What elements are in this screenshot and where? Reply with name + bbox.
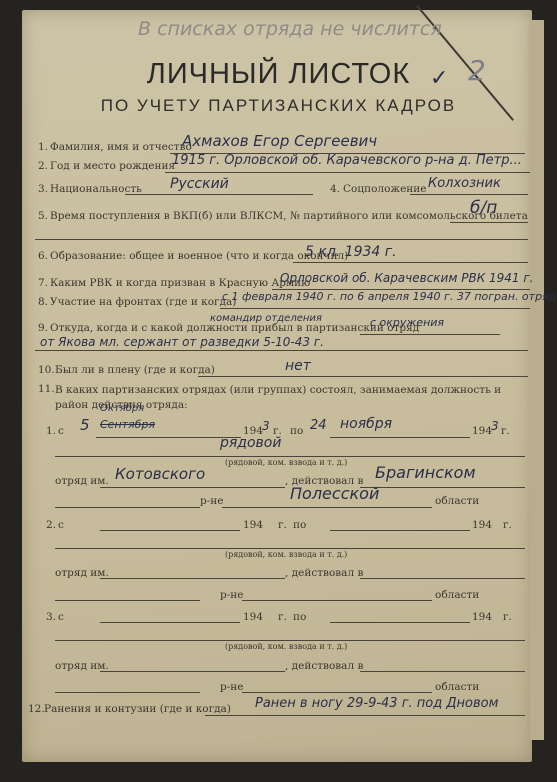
page-subtitle: ПО УЧЕТУ ПАРТИЗАНСКИХ КАДРОВ [0,96,557,116]
field-value: Ранен в ногу 29-9-43 г. под Дновом [255,696,498,711]
page-title: ЛИЧНЫЙ ЛИСТОК [0,58,557,91]
field-label: Каким РВК и когда призван в Красную Арми… [50,277,310,289]
field-label: Образование: общее и военное (что и когд… [50,250,348,262]
detachment-name: Котовского [115,465,205,483]
field-value: Ахмахов Егор Сергеевич [182,132,377,150]
field-value: 1915 г. Орловской об. Карачевского р-на … [172,153,522,168]
position: рядовой [220,435,281,451]
field-value: нет [285,358,311,374]
field-label: Участие на фронтах (где и когда) [50,296,236,308]
field-value: с окружения [370,316,444,329]
top-handwritten-note: В списках отряда не числится [138,18,442,40]
field-value: Русский [170,176,229,192]
field-label: Год и место рождения [50,160,175,172]
region: Полесской [290,484,379,503]
from-month-struck: Сентября [100,418,155,431]
field-value: б/п [470,198,497,218]
field-label: Время поступления в ВКП(б) или ВЛКСМ, № … [50,210,528,222]
field-label: Был ли в плену (где и когда) [55,364,215,376]
field-value: Колхозник [428,176,501,191]
to-day: 24 [310,418,327,433]
paper-edge [530,20,544,740]
from-month: Октября [100,403,144,414]
to-month: ноября [340,416,392,432]
field-value: Орловской об. Карачевским РВК 1941 г. [280,271,534,285]
field-label: Откуда, когда и с какой должности прибыл… [50,322,419,334]
from-day: 5 [80,416,90,434]
field-value: с 1 февраля 1940 г. по 6 апреля 1940 г. … [222,290,557,303]
field-label: Фамилия, имя и отчество [50,141,192,153]
field-value-line2: от Якова мл. сержант от разведки 5-10-43… [40,335,324,349]
operated-in: Брагинском [375,463,476,482]
field-label: Ранения и контузии (где и когда) [44,703,231,715]
field-value: 5 кл. 1934 г. [305,244,397,260]
